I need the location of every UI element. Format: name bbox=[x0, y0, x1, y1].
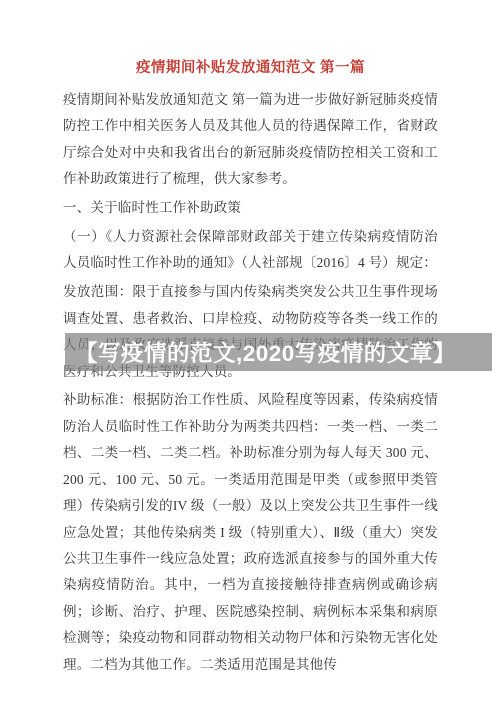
section-heading-temporary-work-subsidy-policy: 一、关于临时性工作补助政策 bbox=[63, 195, 438, 221]
watermark-text: 【写疫情的范文,2020写疫情的文章】 bbox=[75, 336, 456, 368]
paragraph-notice-reference: （一）《人力资源社会保障部财政部关于建立传染病疫情防治人员临时性工作补助的通知》… bbox=[63, 224, 438, 277]
watermark-banner: 【写疫情的范文,2020写疫情的文章】 bbox=[65, 333, 492, 371]
paragraph-subsidy-standard: 补助标准：根据防治工作性质、风险程度等因素，传染病疫情防治人员临时性工作补助分为… bbox=[63, 387, 438, 677]
document-page: 疫情期间补贴发放通知范文 第一篇 疫情期间补贴发放通知范文 第一篇为进一步做好新… bbox=[0, 0, 500, 706]
paragraph-intro: 疫情期间补贴发放通知范文 第一篇为进一步做好新冠肺炎疫情防控工作中相关医务人员及… bbox=[63, 87, 438, 193]
document-title: 疫情期间补贴发放通知范文 第一篇 bbox=[63, 57, 438, 80]
